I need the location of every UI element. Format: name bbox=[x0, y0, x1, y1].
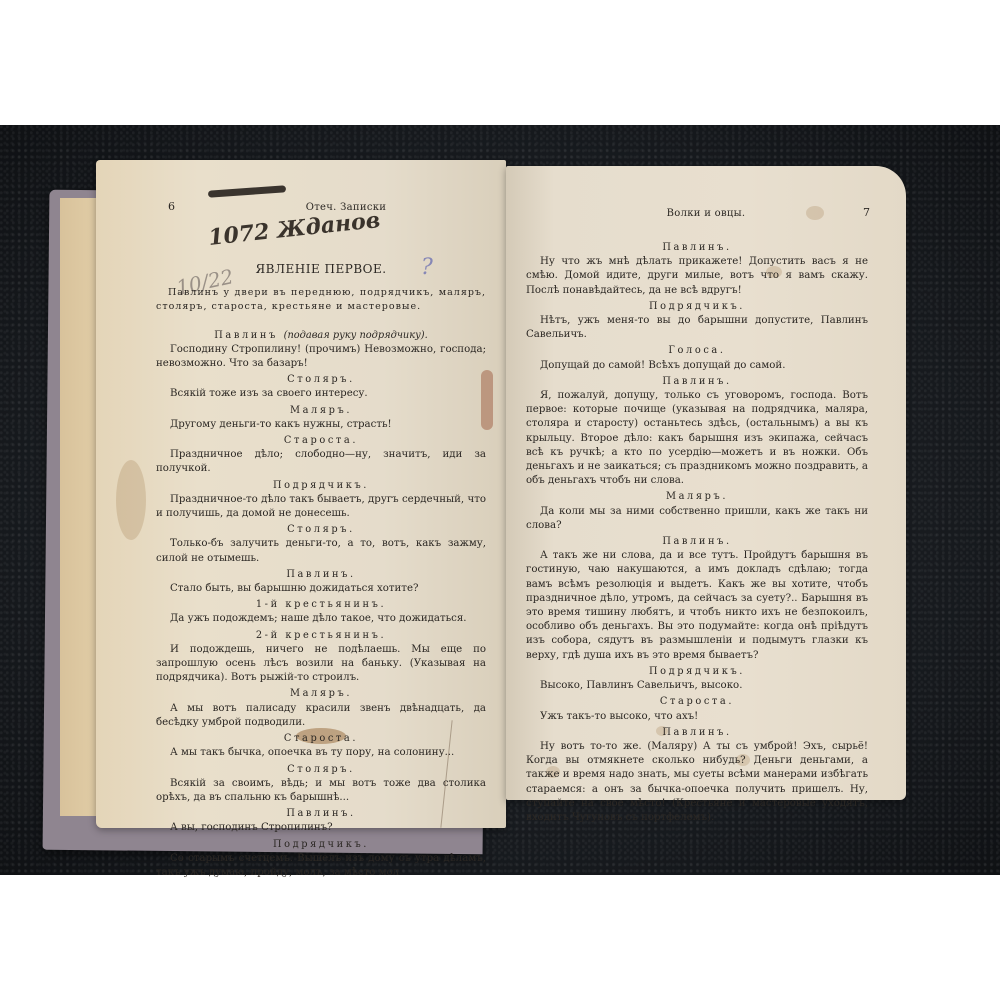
speaker: Павлинъ. bbox=[156, 568, 486, 582]
speech: Всякій за своимъ, вѣдь; и мы вотъ тоже д… bbox=[156, 777, 486, 805]
speaker: Подрядчикъ. bbox=[526, 300, 868, 314]
speech: Стало быть, вы барышню дожидаться хотите… bbox=[156, 582, 486, 596]
speaker: Маляръ. bbox=[526, 490, 868, 504]
left-page: 6 Отеч. Записки 1072 Жданов 10/22 ? ЯВЛЕ… bbox=[96, 160, 506, 828]
speaker: Столяръ. bbox=[156, 763, 486, 777]
speaker: Маляръ. bbox=[156, 687, 486, 701]
speech: Нѣтъ, ужъ меня-то вы до барышни допустит… bbox=[526, 314, 868, 342]
stage-direction: Павлинъ у двери въ переднюю, подрядчикъ,… bbox=[156, 286, 486, 314]
speech: Только-бъ залучить деньги-то, а то, вотъ… bbox=[156, 537, 486, 565]
speech: Допущай до самой! Всѣхъ допущай до самой… bbox=[526, 359, 868, 373]
speaker: 2-й крестьянинъ. bbox=[156, 629, 486, 643]
speech: А такъ же ни слова, да и все тутъ. Пройд… bbox=[526, 549, 868, 663]
speech: Ну вотъ то-то же. (Маляру) А ты съ умбро… bbox=[526, 740, 868, 825]
speech: Высоко, Павлинъ Савельичъ, высоко. bbox=[526, 679, 868, 693]
speaker: Староста. bbox=[156, 732, 486, 746]
speaker: Павлинъ (подавая руку подрядчику). bbox=[156, 329, 486, 343]
speaker: Подрядчикъ. bbox=[526, 665, 868, 679]
speech: Всякій тоже изъ за своего интересу. bbox=[156, 387, 486, 401]
speech: Праздничное дѣло; слободно—ну, значитъ, … bbox=[156, 448, 486, 476]
speech: А мы такъ бычка, опоечка въ ту пору, на … bbox=[156, 746, 486, 760]
speaker: Маляръ. bbox=[156, 404, 486, 418]
speech: Другому деньги-то какъ нужны, страсть! bbox=[156, 418, 486, 432]
speech: Да ужъ подождемъ; наше дѣло такое, что д… bbox=[156, 612, 486, 626]
speech: Да коли мы за ними собственно пришли, ка… bbox=[526, 505, 868, 533]
speaker: Павлинъ. bbox=[526, 241, 868, 255]
page-number: 7 bbox=[863, 206, 870, 219]
speaker: Столяръ. bbox=[156, 523, 486, 537]
speech: Ужъ такъ-то высоко, что ахъ! bbox=[526, 710, 868, 724]
speech: А вы, господинъ Стропилинъ? bbox=[156, 821, 486, 835]
speaker: Староста. bbox=[156, 434, 486, 448]
speech: И подождешь, ничего не подѣлаешь. Мы еще… bbox=[156, 643, 486, 686]
speech: Ну что жъ мнѣ дѣлать прикажете! Допустит… bbox=[526, 255, 868, 298]
left-page-text: ЯВЛЕНІЕ ПЕРВОЕ. Павлинъ у двери въ перед… bbox=[156, 262, 486, 880]
stain bbox=[116, 460, 146, 540]
speaker: 1-й крестьянинъ. bbox=[156, 598, 486, 612]
speaker: Павлинъ. bbox=[526, 535, 868, 549]
right-page: Волки и овцы. 7 Павлинъ. Ну что жъ мнѣ д… bbox=[506, 166, 906, 800]
page-number: 6 bbox=[168, 200, 175, 213]
speech: Со старымъ счетцемъ. Вышелъ изъ дому съ … bbox=[156, 852, 486, 880]
speaker: Подрядчикъ. bbox=[156, 838, 486, 852]
scene-title: ЯВЛЕНІЕ ПЕРВОЕ. bbox=[156, 262, 486, 276]
right-page-text: Павлинъ. Ну что жъ мнѣ дѣлать прикажете!… bbox=[526, 239, 868, 825]
speaker: Павлинъ. bbox=[156, 807, 486, 821]
speech: Господину Стропилину! (прочимъ) Невозмож… bbox=[156, 343, 486, 371]
speaker: Голоса. bbox=[526, 344, 868, 358]
speaker: Столяръ. bbox=[156, 373, 486, 387]
speech: Праздничное-то дѣло такъ бываетъ, другъ … bbox=[156, 493, 486, 521]
speaker: Павлинъ. bbox=[526, 726, 868, 740]
running-head: Волки и овцы. bbox=[506, 208, 906, 219]
speaker: Староста. bbox=[526, 695, 868, 709]
speech: А мы вотъ палисаду красили звенъ двѣнадц… bbox=[156, 702, 486, 730]
speaker: Павлинъ. bbox=[526, 375, 868, 389]
speaker: Подрядчикъ. bbox=[156, 479, 486, 493]
ink-scribble bbox=[208, 185, 286, 197]
handwritten-note: 1072 Жданов bbox=[207, 207, 381, 251]
speech: Я, пожалуй, допущу, только съ уговоромъ,… bbox=[526, 389, 868, 488]
